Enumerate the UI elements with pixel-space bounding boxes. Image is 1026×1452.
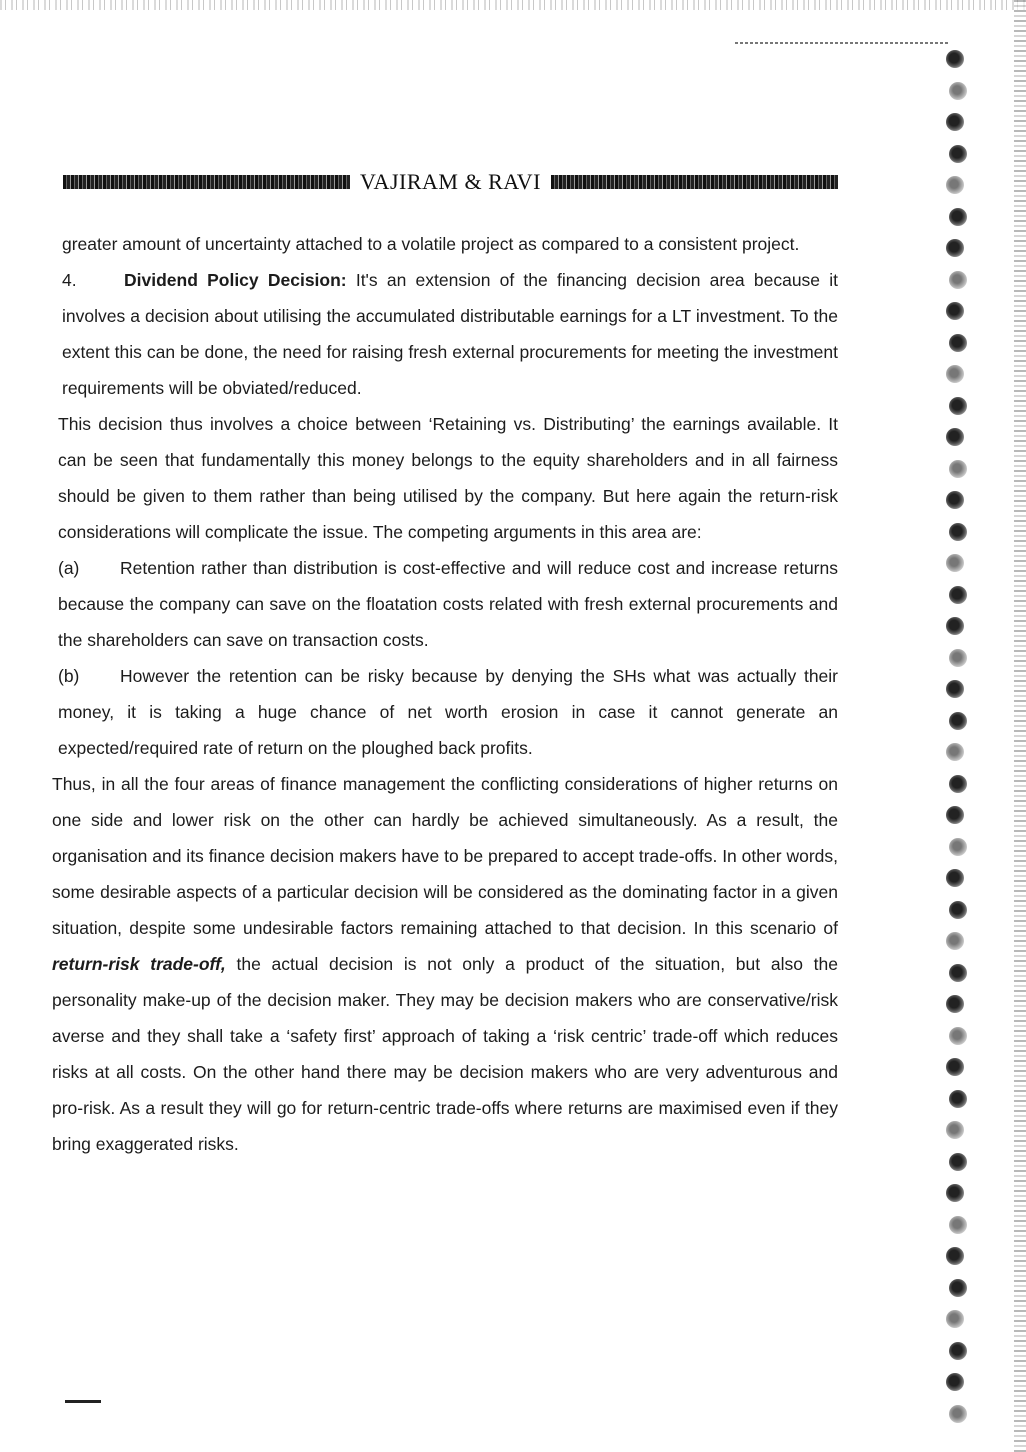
argument-a-text: Retention rather than distribution is co… — [58, 558, 838, 650]
spiral-ring — [946, 1310, 964, 1328]
header-bar-right — [551, 175, 838, 189]
spiral-ring — [949, 271, 967, 289]
spiral-ring — [946, 554, 964, 572]
section-number: 4. — [62, 262, 124, 298]
section-4: 4.Dividend Policy Decision: It's an exte… — [52, 262, 838, 406]
scan-edge-right — [1014, 0, 1026, 1452]
spiral-ring — [946, 239, 964, 257]
paragraph-trade-offs: Thus, in all the four areas of finance m… — [52, 766, 838, 1162]
argument-a-label: (a) — [58, 550, 120, 586]
spiral-ring — [949, 1405, 967, 1423]
spiral-ring — [949, 712, 967, 730]
header-bar-left — [63, 175, 350, 189]
spiral-ring — [946, 1373, 964, 1391]
scan-mark-bottom — [65, 1400, 101, 1403]
trade-offs-emphasis: return-risk trade-off, — [52, 954, 226, 974]
argument-b: (b)However the retention can be risky be… — [52, 658, 838, 766]
spiral-ring — [946, 1184, 964, 1202]
trade-offs-text-after: the actual decision is not only a produc… — [52, 954, 838, 1154]
spiral-ring — [949, 838, 967, 856]
continuation-paragraph: greater amount of uncertainty attached t… — [52, 226, 838, 262]
spiral-ring — [949, 82, 967, 100]
spiral-ring — [949, 523, 967, 541]
spiral-ring — [946, 743, 964, 761]
spiral-ring — [949, 397, 967, 415]
spiral-ring — [946, 932, 964, 950]
spiral-ring — [949, 1279, 967, 1297]
spiral-ring — [946, 302, 964, 320]
spiral-ring — [946, 428, 964, 446]
spiral-ring — [946, 1247, 964, 1265]
spiral-ring — [949, 1342, 967, 1360]
spiral-ring — [949, 901, 967, 919]
trade-offs-text-before: Thus, in all the four areas of finance m… — [52, 774, 838, 938]
spiral-ring — [949, 649, 967, 667]
section-heading: Dividend Policy Decision: — [124, 270, 347, 290]
spiral-ring — [949, 1090, 967, 1108]
spiral-binding — [940, 50, 980, 1450]
argument-a: (a)Retention rather than distribution is… — [52, 550, 838, 658]
scan-corner-line — [735, 42, 950, 44]
spiral-ring — [949, 775, 967, 793]
spiral-ring — [949, 1216, 967, 1234]
spiral-ring — [949, 964, 967, 982]
spiral-ring — [946, 680, 964, 698]
paragraph-retaining-vs-distributing: This decision thus involves a choice bet… — [52, 406, 838, 550]
spiral-ring — [949, 145, 967, 163]
spiral-ring — [946, 1121, 964, 1139]
spiral-ring — [949, 1027, 967, 1045]
header-title: VAJIRAM & RAVI — [350, 169, 551, 195]
page-header: VAJIRAM & RAVI — [63, 168, 838, 196]
spiral-ring — [946, 995, 964, 1013]
spiral-ring — [949, 334, 967, 352]
argument-b-text: However the retention can be risky becau… — [58, 666, 838, 758]
argument-b-label: (b) — [58, 658, 120, 694]
spiral-ring — [949, 1153, 967, 1171]
spiral-ring — [949, 208, 967, 226]
spiral-ring — [949, 586, 967, 604]
spiral-ring — [946, 806, 964, 824]
spiral-ring — [946, 491, 964, 509]
document-body: greater amount of uncertainty attached t… — [52, 226, 838, 1162]
spiral-ring — [946, 50, 964, 68]
spiral-ring — [946, 617, 964, 635]
spiral-ring — [949, 460, 967, 478]
scan-noise-top — [0, 0, 1026, 10]
spiral-ring — [946, 365, 964, 383]
spiral-ring — [946, 113, 964, 131]
spiral-ring — [946, 1058, 964, 1076]
spiral-ring — [946, 869, 964, 887]
spiral-ring — [946, 176, 964, 194]
